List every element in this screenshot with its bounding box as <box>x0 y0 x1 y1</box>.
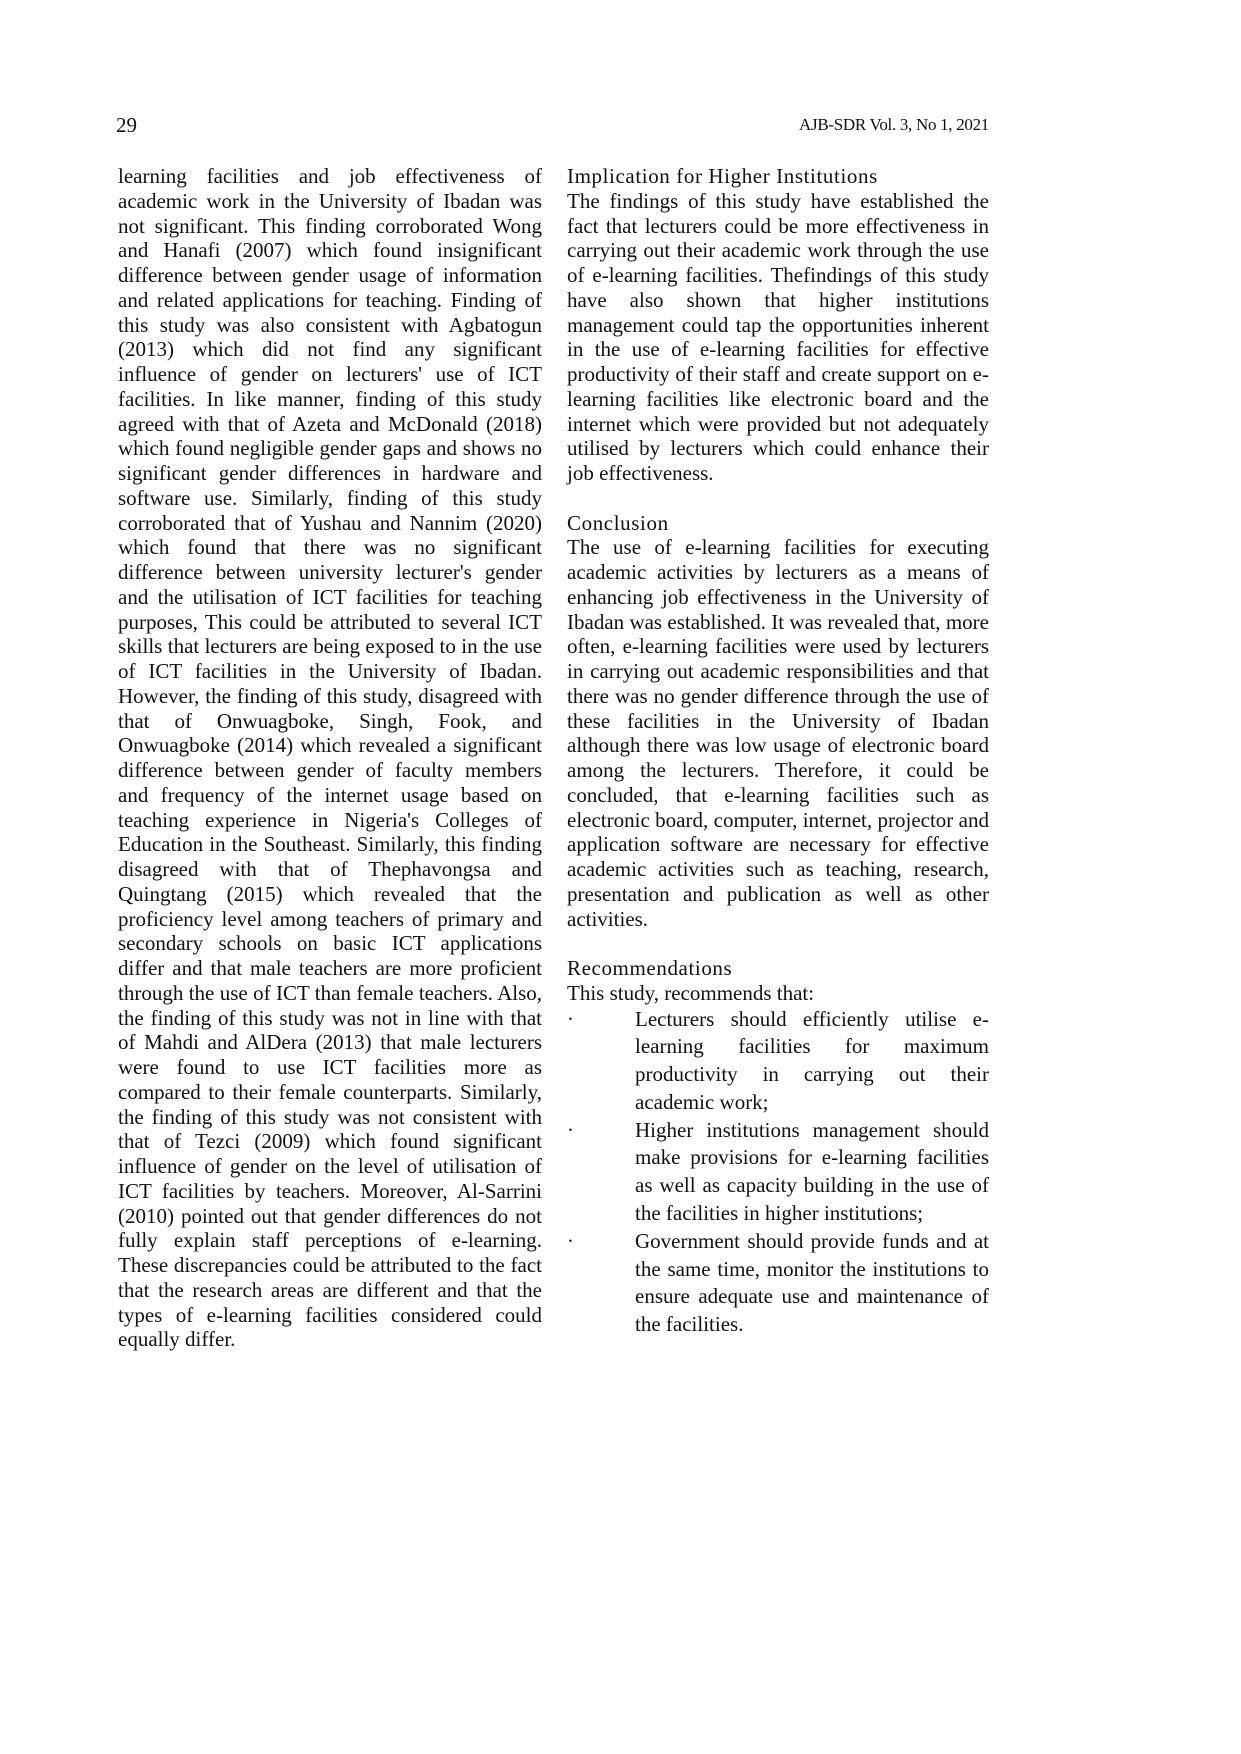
recommendation-text: Government should provide funds and at t… <box>635 1229 989 1336</box>
list-item: · Higher institutions management should … <box>567 1117 989 1228</box>
conclusion-heading: Conclusion <box>567 511 989 536</box>
implication-body: The findings of this study have establis… <box>567 189 989 486</box>
recommendation-text: Higher institutions management should ma… <box>635 1118 989 1225</box>
list-item: · Lecturers should efficiently utilise e… <box>567 1006 989 1117</box>
page-number: 29 <box>116 113 137 137</box>
implication-heading: Implication for Higher Institutions <box>567 164 989 189</box>
recommendations-intro: This study, recommends that: <box>567 981 989 1006</box>
recommendations-list: · Lecturers should efficiently utilise e… <box>567 1006 989 1340</box>
bullet-icon: · <box>567 1117 574 1145</box>
implication-section: Implication for Higher Institutions The … <box>567 164 989 486</box>
journal-running-head: AJB-SDR Vol. 3, No 1, 2021 <box>799 113 989 137</box>
spacer <box>567 486 989 511</box>
recommendations-section: Recommendations This study, recommends t… <box>567 956 989 1339</box>
recommendations-heading: Recommendations <box>567 956 989 981</box>
bullet-icon: · <box>567 1228 574 1256</box>
left-column: learning facilities and job effectivenes… <box>118 164 542 1352</box>
list-item: · Government should provide funds and at… <box>567 1228 989 1339</box>
conclusion-section: Conclusion The use of e-learning facilit… <box>567 511 989 932</box>
conclusion-body: The use of e-learning facilities for exe… <box>567 535 989 931</box>
right-column: Implication for Higher Institutions The … <box>567 164 989 1339</box>
recommendation-text: Lecturers should efficiently utilise e-l… <box>635 1007 989 1114</box>
spacer <box>567 931 989 956</box>
bullet-icon: · <box>567 1006 574 1034</box>
discussion-paragraph: learning facilities and job effectivenes… <box>118 164 542 1352</box>
